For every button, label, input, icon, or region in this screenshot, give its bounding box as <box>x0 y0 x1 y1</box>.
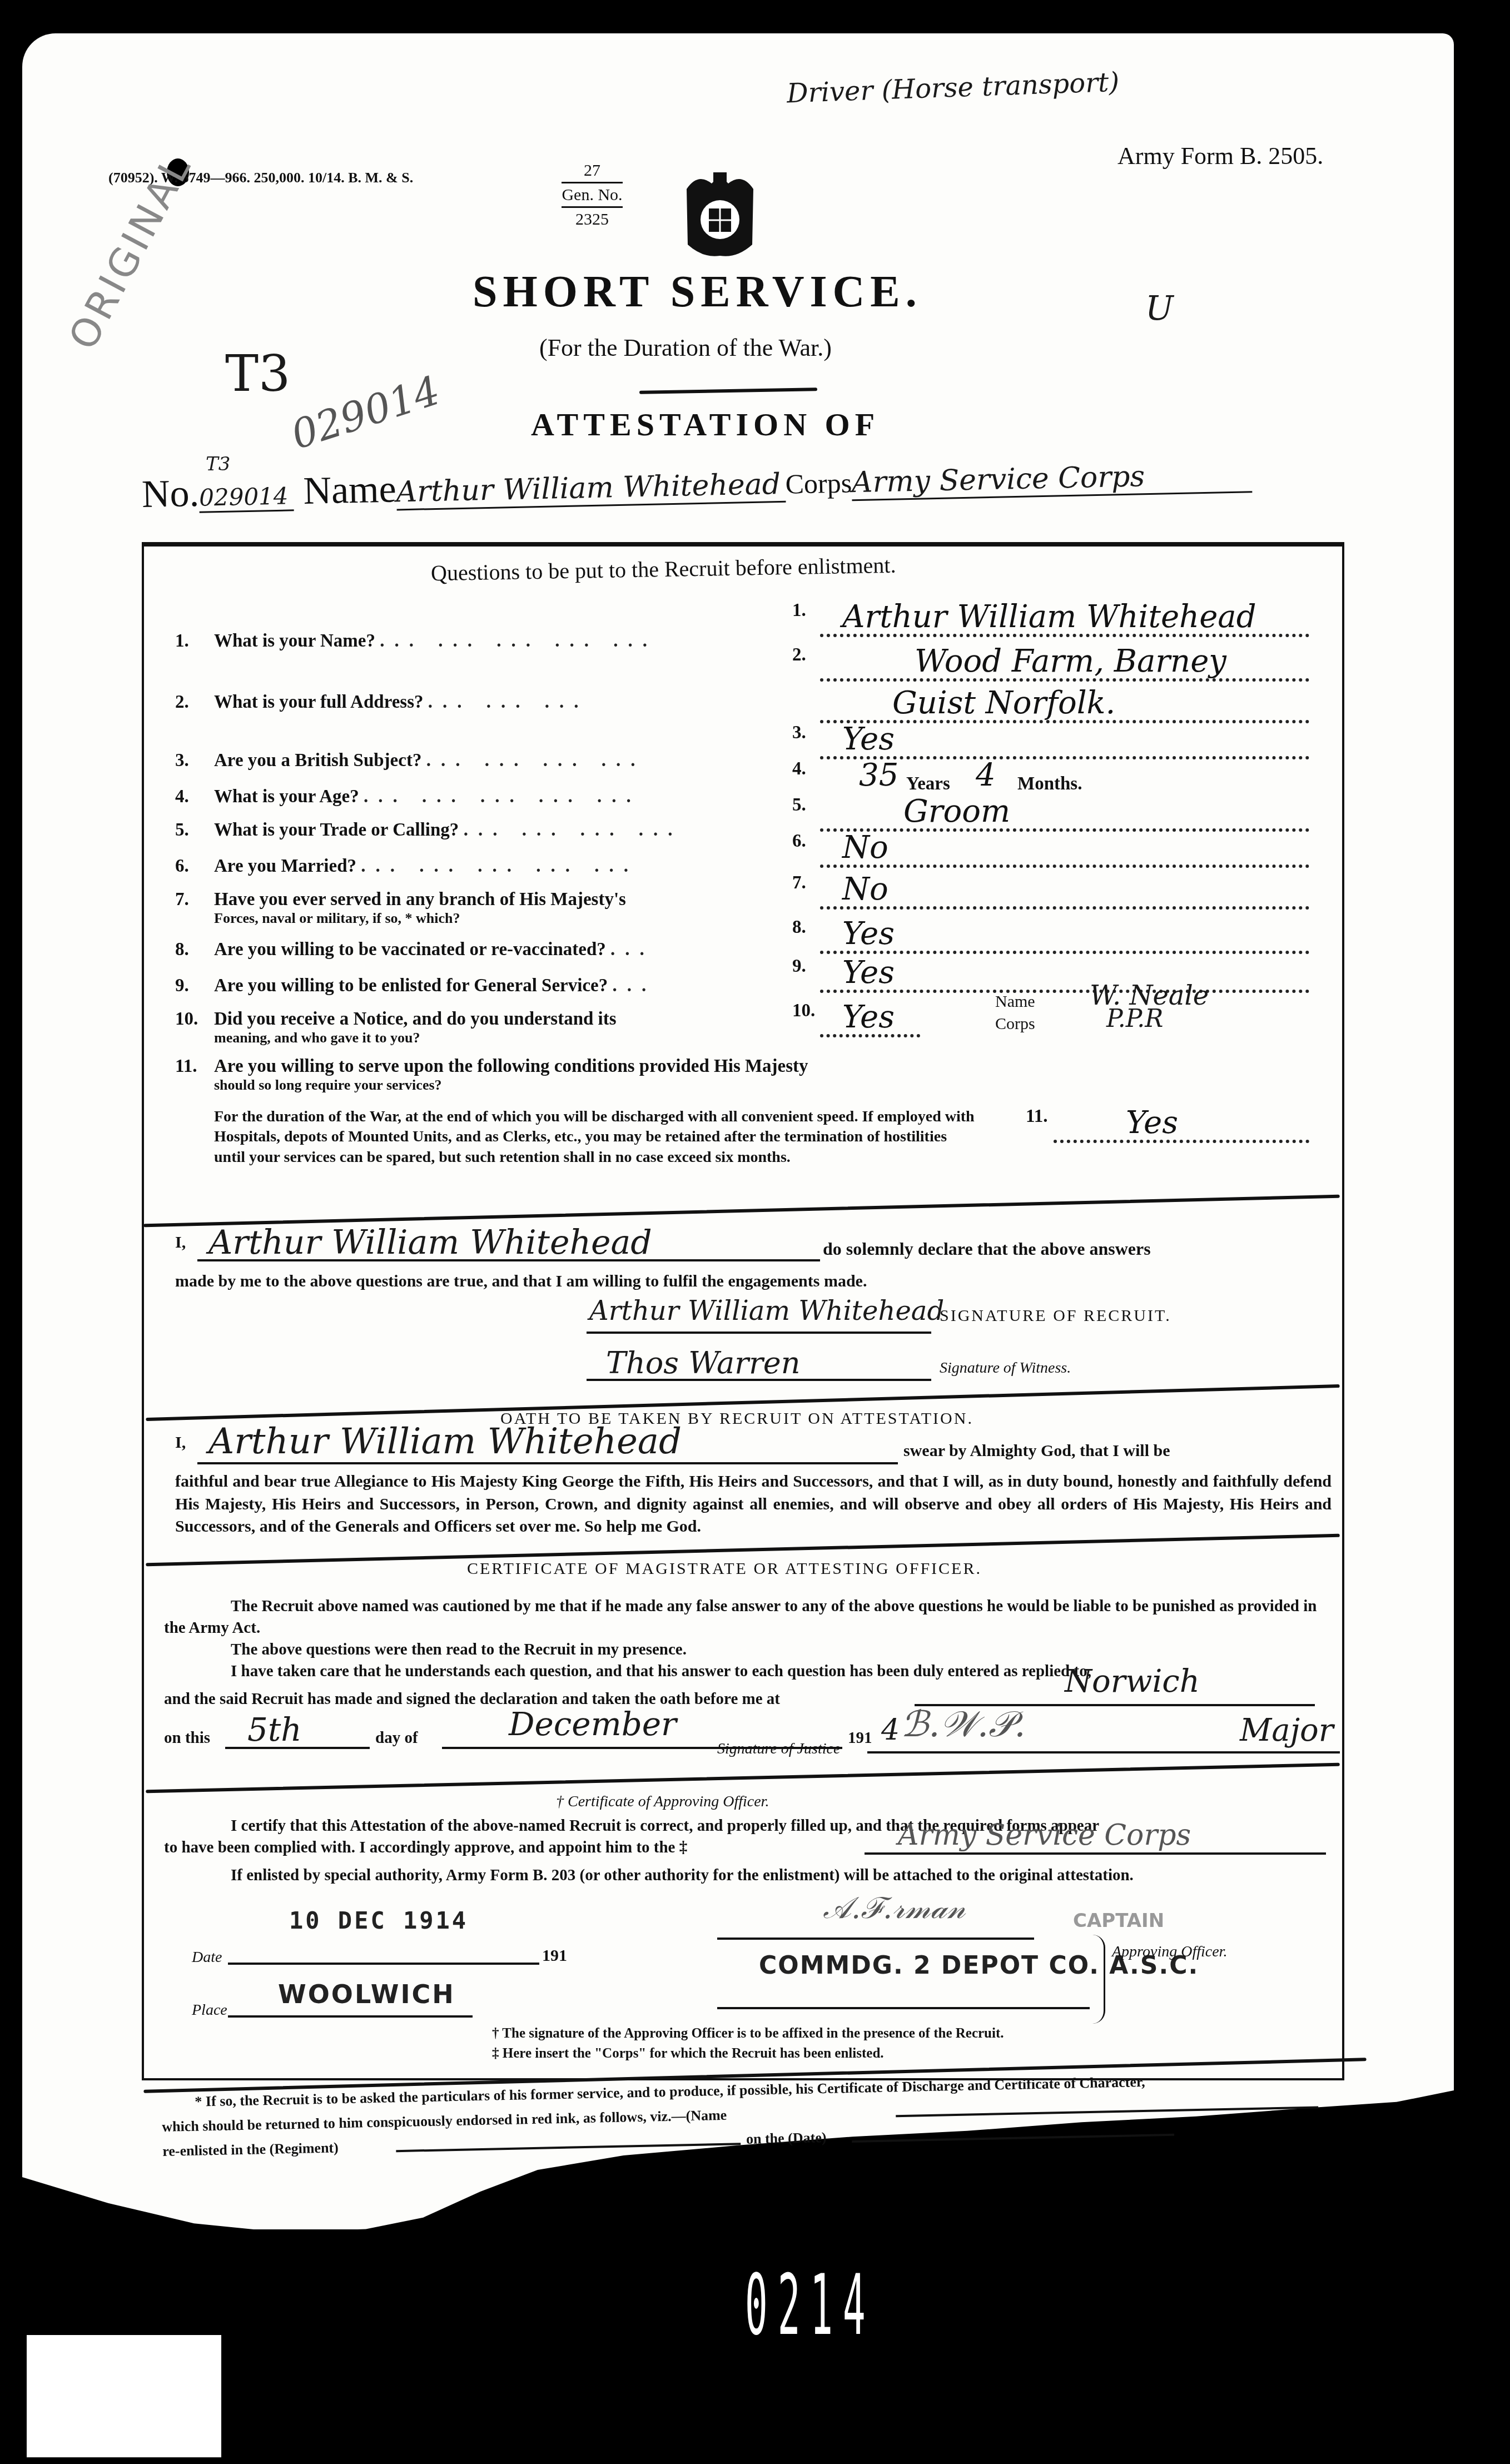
approving-footnotes: † The signature of the Approving Officer… <box>492 2024 1004 2064</box>
approving-certificate: I certify that this Attestation of the a… <box>164 1815 1337 1886</box>
name-label: Name <box>303 468 397 512</box>
captain-stamp: CAPTAIN <box>1073 1910 1164 1932</box>
date-label: Date <box>192 1949 222 1966</box>
answer-5: 5.Groom <box>792 795 1315 834</box>
answer-6: 6.No <box>792 831 1315 870</box>
place-stamp: WOOLWICH <box>278 1979 455 2009</box>
approving-officer-signature: 𝒜.ℱ.𝓇𝓂𝒶𝓃 <box>823 1890 966 1926</box>
approving-officer-line <box>717 1938 1034 1940</box>
question-4: 4.What is your Age? ... ... ... ... ... <box>175 787 641 807</box>
oath: I, Arthur William Whitehead swear by Alm… <box>175 1432 1332 1538</box>
attestation-year-digit: 4 <box>881 1711 900 1750</box>
corner-mark: U <box>1145 289 1174 328</box>
declaration: I, Arthur William Whitehead do solemnly … <box>175 1231 1332 1293</box>
question-11: 11.Are you willing to serve upon the fol… <box>175 1056 981 1168</box>
attestation-day: 5th <box>247 1708 302 1751</box>
gen-no-label: Gen. No. <box>562 186 623 204</box>
attestation-place: Norwich <box>1065 1661 1200 1703</box>
question-10: 10.Did you receive a Notice, and do you … <box>175 1009 617 1046</box>
answer-11: 11.Yes <box>1026 1106 1315 1145</box>
answer-8: 8.Yes <box>792 917 1315 956</box>
question-7: 7.Have you ever served in any branch of … <box>175 890 626 927</box>
approving-officer-label: Approving Officer. <box>1112 1943 1227 1961</box>
date-stamp: 10 DEC 1914 <box>289 1907 468 1934</box>
oath-text: faithful and bear true Allegiance to His… <box>175 1471 1332 1538</box>
answer-3: 3.Yes <box>792 723 1315 762</box>
answer-1: 1.Arthur William Whitehead <box>792 600 1315 639</box>
place-label: Place <box>192 2001 227 2019</box>
no-label: No. <box>141 472 200 516</box>
form-number: Army Form B. 2505. <box>1117 142 1323 170</box>
no-value: 029014 <box>199 482 294 513</box>
question-3: 3.Are you a British Subject? ... ... ...… <box>175 751 645 771</box>
question-5: 5.What is your Trade or Calling? ... ...… <box>175 820 682 841</box>
gen-no-bottom: 2325 <box>562 210 623 228</box>
frame-number: 0214 <box>745 2257 876 2354</box>
declaration-text-2: made by me to the above questions are tr… <box>175 1270 1332 1293</box>
question-1: 1.What is your Name? ... ... ... ... ... <box>175 631 657 652</box>
witness-signature: Thos Warren <box>606 1345 801 1380</box>
service-conditions: For the duration of the War, at the end … <box>214 1107 981 1168</box>
witness-signature-label: Signature of Witness. <box>940 1359 1071 1377</box>
oath-prefix: I, <box>175 1433 186 1452</box>
corps-label: Corps <box>785 467 852 499</box>
royal-coat-of-arms-icon <box>681 167 759 261</box>
declaration-name: Arthur William Whitehead <box>208 1220 652 1265</box>
oath-name: Arthur William Whitehead <box>208 1418 682 1466</box>
justice-signature-label: Signature of Justice <box>717 1740 840 1758</box>
answer-7: 7.No <box>792 873 1315 912</box>
appointed-corps: Army Service Corps <box>898 1816 1191 1855</box>
recruit-signature-line <box>587 1332 931 1334</box>
name-value: Arthur William Whitehead <box>396 468 786 511</box>
marginal-ref: T3 <box>225 345 290 403</box>
heading-attestation: ATTESTATION OF <box>531 406 880 443</box>
justice-rank: Major <box>1240 1712 1334 1748</box>
gen-no: 27 Gen. No. 2325 <box>562 161 623 228</box>
gen-no-top: 27 <box>562 161 623 180</box>
notice-giver: NameW. Neale CorpsP.P.R <box>995 992 1318 1037</box>
answer-2-line1: 2.Wood Farm, Barney <box>792 645 1315 684</box>
officer-stamp-line <box>717 2007 1090 2009</box>
question-9: 9.Are you willing to be enlisted for Gen… <box>175 976 656 996</box>
bracket <box>1092 1935 1105 2024</box>
form-subtitle: (For the Duration of the War.) <box>539 334 832 362</box>
question-8: 8.Are you willing to be vaccinated or re… <box>175 940 654 960</box>
form-title: SHORT SERVICE. <box>473 267 922 317</box>
place-line <box>228 2015 473 2018</box>
declaration-prefix: I, <box>175 1233 186 1251</box>
answer-4: 4. 35 Years 4 Months. <box>792 759 1315 798</box>
justice-signature-line <box>867 1751 1340 1753</box>
approving-heading: † Certificate of Approving Officer. <box>556 1793 769 1811</box>
date-year-prefix: 191 <box>542 1945 567 1968</box>
answer-9: 9.Yes <box>792 956 1315 995</box>
recruit-signature-label: SIGNATURE OF RECRUIT. <box>940 1306 1171 1325</box>
date-line <box>228 1963 539 1965</box>
attestation-month: December <box>509 1702 677 1746</box>
oath-text-first: swear by Almighty God, that I will be <box>903 1440 1170 1463</box>
recruit-signature: Arthur William Whitehead <box>589 1295 944 1327</box>
question-2: 2.What is your full Address? ... ... ... <box>175 692 589 713</box>
witness-signature-line <box>587 1379 931 1381</box>
declaration-text: do solemnly declare that the above answe… <box>823 1237 1151 1261</box>
scan-target-card <box>27 2335 221 2457</box>
corps-value: Army Service Corps <box>851 458 1252 501</box>
justice-signature: ℬ.𝒲.𝒫. <box>901 1704 1026 1745</box>
question-6: 6.Are you Married? ... ... ... ... ... <box>175 856 638 877</box>
magistrate-heading: CERTIFICATE OF MAGISTRATE OR ATTESTING O… <box>467 1559 982 1578</box>
answer-2-line2: Guist Norfolk. <box>792 687 1315 726</box>
